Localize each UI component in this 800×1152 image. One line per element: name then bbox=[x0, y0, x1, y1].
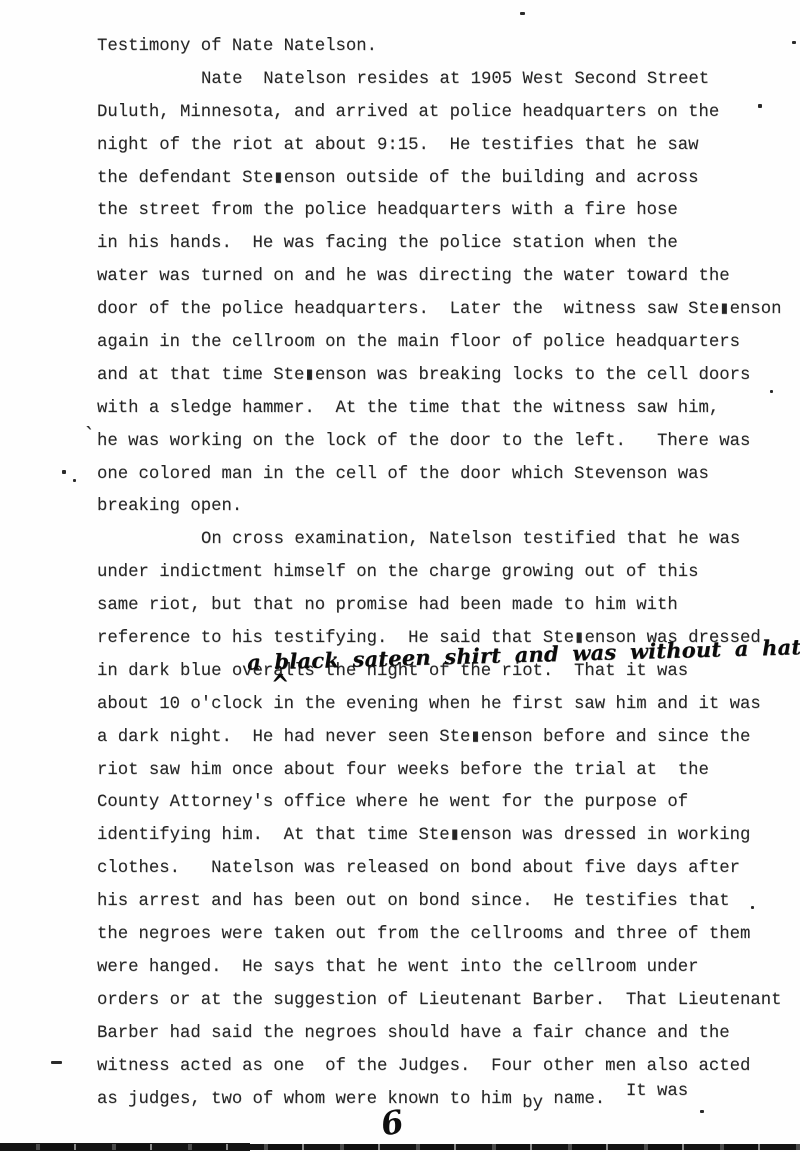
typed-line: Nate Natelson resides at 1905 West Secon… bbox=[97, 64, 800, 97]
typed-line-segment: night of the riot at about 9:15. He test… bbox=[97, 136, 699, 155]
typed-line-segment: as judges, two of whom were known to him bbox=[97, 1090, 522, 1109]
scan-speck-icon bbox=[751, 906, 754, 909]
typed-line-segment: door of the police headquarters. Later t… bbox=[97, 300, 781, 319]
typed-line: On cross examination, Natelson testified… bbox=[97, 524, 800, 557]
typed-line: Barber had said the negroes should have … bbox=[97, 1018, 800, 1051]
typed-line: night of the riot at about 9:15. He test… bbox=[97, 130, 800, 163]
typed-line-segment: were hanged. He says that he went into t… bbox=[97, 958, 699, 977]
typed-line: a dark night. He had never seen Ste▮enso… bbox=[97, 722, 800, 755]
typed-line-segment bbox=[605, 1090, 626, 1109]
typed-line-segment: It was bbox=[626, 1082, 688, 1101]
typed-line: clothes. Natelson was released on bond a… bbox=[97, 853, 800, 886]
typed-line-segment: breaking open. bbox=[97, 497, 242, 516]
typed-line: breaking open. bbox=[97, 491, 800, 524]
typed-line: under indictment himself on the charge g… bbox=[97, 557, 800, 590]
typed-line: the defendant Ste▮enson outside of the b… bbox=[97, 163, 800, 196]
scan-speck-icon bbox=[770, 390, 773, 393]
typed-line-segment: Duluth, Minnesota, and arrived at police… bbox=[97, 103, 719, 122]
typed-line-segment: clothes. Natelson was released on bond a… bbox=[97, 859, 740, 878]
scan-speck-icon bbox=[700, 1110, 704, 1113]
scan-speck-icon bbox=[51, 1061, 62, 1064]
typed-line: in his hands. He was facing the police s… bbox=[97, 228, 800, 261]
typed-line-segment: again in the cellroom on the main floor … bbox=[97, 333, 740, 352]
typed-line: Duluth, Minnesota, and arrived at police… bbox=[97, 97, 800, 130]
typed-line: water was turned on and he was directing… bbox=[97, 261, 800, 294]
scan-speck-icon bbox=[792, 41, 796, 44]
typed-line: one colored man in the cell of the door … bbox=[97, 459, 800, 492]
scan-speck-icon bbox=[62, 470, 66, 474]
typed-line: witness acted as one of the Judges. Four… bbox=[97, 1051, 800, 1084]
typed-line: County Attorney's office where he went f… bbox=[97, 787, 800, 820]
typed-line: orders or at the suggestion of Lieutenan… bbox=[97, 985, 800, 1018]
typed-line-segment: the defendant Ste▮enson outside of the b… bbox=[97, 169, 699, 188]
typed-line: as judges, two of whom were known to him… bbox=[97, 1084, 800, 1117]
typed-line-segment: the negroes were taken out from the cell… bbox=[97, 925, 750, 944]
typed-line-segment: in his hands. He was facing the police s… bbox=[97, 234, 678, 253]
typed-line: and at that time Ste▮enson was breaking … bbox=[97, 360, 800, 393]
typed-line: again in the cellroom on the main floor … bbox=[97, 327, 800, 360]
typed-line-segment: witness acted as one of the Judges. Four… bbox=[97, 1057, 750, 1076]
typed-line-segment: with a sledge hammer. At the time that t… bbox=[97, 399, 719, 418]
typed-line-segment: water was turned on and he was directing… bbox=[97, 267, 730, 286]
typed-line-segment: by bbox=[522, 1094, 543, 1113]
typed-line-segment: riot saw him once about four weeks befor… bbox=[97, 761, 709, 780]
typed-line-segment: the street from the police headquarters … bbox=[97, 201, 678, 220]
document-page: Testimony of Nate Natelson.Nate Natelson… bbox=[0, 0, 800, 1152]
typed-line-segment: name. bbox=[543, 1090, 605, 1109]
typed-line-segment: and at that time Ste▮enson was breaking … bbox=[97, 366, 750, 385]
stray-mark-icon: ` bbox=[85, 424, 95, 446]
typed-line: his arrest and has been out on bond sinc… bbox=[97, 886, 800, 919]
typed-line: the negroes were taken out from the cell… bbox=[97, 919, 800, 952]
typed-line-segment: Nate Natelson resides at 1905 West Secon… bbox=[201, 70, 709, 89]
typed-line: identifying him. At that time Ste▮enson … bbox=[97, 820, 800, 853]
scan-edge-artifact bbox=[0, 1144, 800, 1150]
typed-lines: Testimony of Nate Natelson.Nate Natelson… bbox=[97, 31, 800, 1116]
scan-speck-icon bbox=[73, 479, 76, 482]
typed-line-segment: Barber had said the negroes should have … bbox=[97, 1024, 730, 1043]
insertion-caret-icon: ^ bbox=[271, 669, 289, 702]
typed-line-segment: about 10 o'clock in the evening when he … bbox=[97, 695, 761, 714]
typed-line-segment: identifying him. At that time Ste▮enson … bbox=[97, 826, 750, 845]
typed-line-segment: On cross examination, Natelson testified… bbox=[201, 530, 740, 549]
typed-line: riot saw him once about four weeks befor… bbox=[97, 755, 800, 788]
typed-line-segment: under indictment himself on the charge g… bbox=[97, 563, 699, 582]
typed-line-segment: same riot, but that no promise had been … bbox=[97, 596, 678, 615]
scan-speck-icon bbox=[758, 104, 762, 108]
typed-line-segment: orders or at the suggestion of Lieutenan… bbox=[97, 991, 781, 1010]
typed-line: with a sledge hammer. At the time that t… bbox=[97, 393, 800, 426]
typed-line: were hanged. He says that he went into t… bbox=[97, 952, 800, 985]
typed-line: he was working on the lock of the door t… bbox=[97, 426, 800, 459]
typed-line-segment: he was working on the lock of the door t… bbox=[97, 432, 750, 451]
typed-line: about 10 o'clock in the evening when he … bbox=[97, 689, 800, 722]
typed-line: Testimony of Nate Natelson. bbox=[97, 31, 800, 64]
typed-line: the street from the police headquarters … bbox=[97, 195, 800, 228]
typed-line-segment: a dark night. He had never seen Ste▮enso… bbox=[97, 728, 750, 747]
typed-line-segment: one colored man in the cell of the door … bbox=[97, 465, 709, 484]
typed-line: same riot, but that no promise had been … bbox=[97, 590, 800, 623]
scan-speck-icon bbox=[520, 12, 525, 15]
typed-line: door of the police headquarters. Later t… bbox=[97, 294, 800, 327]
typed-line-segment: his arrest and has been out on bond sinc… bbox=[97, 892, 730, 911]
typed-line-segment: Testimony of Nate Natelson. bbox=[97, 37, 377, 56]
typed-line-segment: County Attorney's office where he went f… bbox=[97, 793, 688, 812]
